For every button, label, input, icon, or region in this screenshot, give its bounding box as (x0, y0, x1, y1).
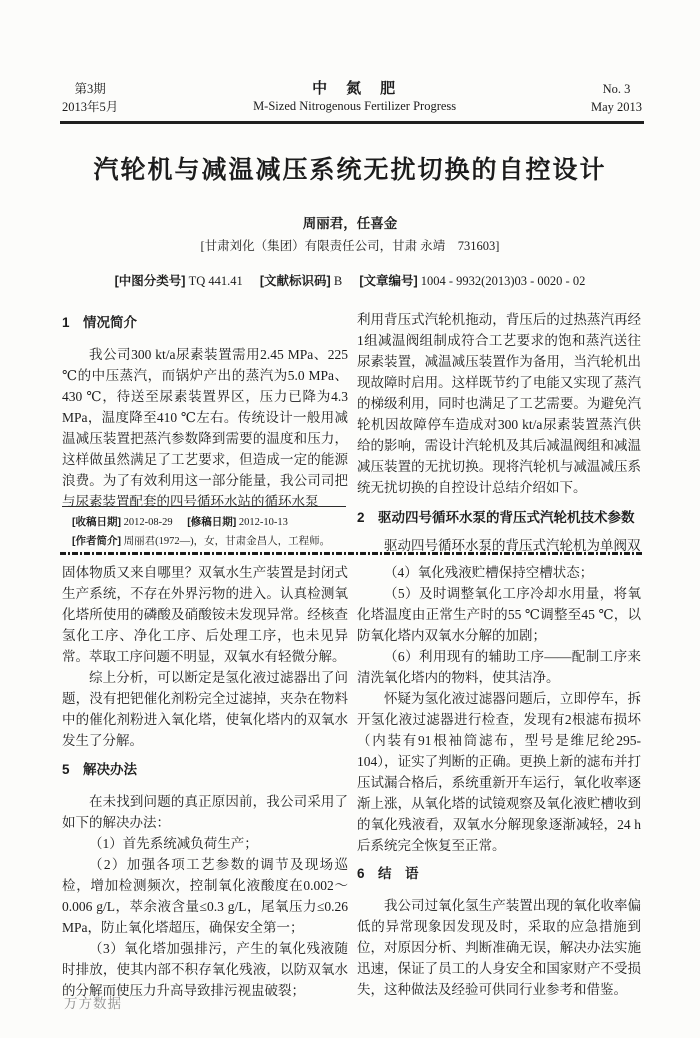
section-1-paragraph: 我公司300 kt/a尿素装置需用2.45 MPa、225 ℃的中压蒸汽，而锅炉… (62, 344, 348, 512)
issue-number-cn: 第3期 (62, 80, 118, 98)
wanfang-data-watermark: 万方数据 (64, 992, 122, 1012)
article-title: 汽轮机与减温减压系统无扰切换的自控设计 (0, 150, 700, 186)
conclusion-paragraph: 我公司过氧化氢生产装置出现的氧化收率偏低的异常现象因发现及时，采取的应急措施到位… (357, 895, 641, 1000)
footnote-bio-line: [作者简介] 周丽君(1972—)，女，甘肃金昌人，工程师。 (72, 532, 348, 551)
masthead-journal-name: 中 氮 肥 M-Sized Nitrogenous Fertilizer Pro… (253, 80, 456, 116)
solution-item-5: （5）及时调整氧化工序冷却水用量，将氧化塔温度由正常生产时的55 ℃调整至45 … (357, 583, 641, 646)
continued-paragraph-2: 综上分析，可以断定是氢化液过滤器出了问题，没有把钯催化剂粉完全过滤掉，夹杂在物料… (62, 667, 348, 751)
right-column-bottom: （4）氧化残液贮槽保持空槽状态； （5）及时调整氧化工序冷却水用量，将氧化塔温度… (357, 562, 641, 1000)
journal-masthead: 第3期 2013年5月 中 氮 肥 M-Sized Nitrogenous Fe… (62, 80, 642, 116)
masthead-issue-cn: 第3期 2013年5月 (62, 80, 118, 116)
issue-date-cn: 2013年5月 (62, 98, 118, 116)
footnote-block: [收稿日期] 2012-08-29 [修稿日期] 2012-10-13 [作者简… (72, 513, 348, 551)
section-1-paragraph-continued: 利用背压式汽轮机拖动，背压后的过热蒸汽再经1组减温阀组制成符合工艺要求的饱和蒸汽… (357, 309, 641, 498)
solution-item-4: （4）氧化残液贮槽保持空槽状态； (357, 562, 641, 583)
author-bio-value: 周丽君(1972—)，女，甘肃金昌人，工程师。 (124, 536, 331, 547)
section-1-heading: 1 情况简介 (62, 312, 348, 333)
doc-code-label: [文献标识码] (260, 274, 331, 288)
revised-date-value: 2012-10-13 (239, 517, 288, 528)
inspection-result-paragraph: 怀疑为氢化液过滤器问题后，立即停车，拆开氢化液过滤器进行检查，发现有2根滤布损坏… (357, 688, 641, 856)
article-authors: 周丽君，任喜金 (0, 212, 700, 232)
article-id-value: 1004 - 9932(2013)03 - 0020 - 02 (421, 274, 586, 288)
footnote-dates-line: [收稿日期] 2012-08-29 [修稿日期] 2012-10-13 (72, 513, 348, 532)
solution-item-6: （6）利用现有的辅助工序——配制工序来清洗氧化塔内的物料，使其洁净。 (357, 646, 641, 688)
section-2-heading: 2 驱动四号循环水泵的背压式汽轮机技术参数 (357, 507, 641, 528)
footnote-rule (62, 506, 346, 507)
issue-date-en: May 2013 (591, 98, 642, 116)
revised-date-label: [修稿日期] (187, 516, 236, 528)
left-column-bottom: 固体物质又来自哪里？双氧水生产装置是封闭式生产系统，不存在外界污物的进入。认真检… (62, 562, 348, 1001)
section-5-intro-paragraph: 在未找到问题的真正原因前，我公司采用了如下的解决办法： (62, 791, 348, 833)
masthead-rule (60, 121, 644, 124)
clc-value: TQ 441.41 (189, 274, 243, 288)
issue-number-en: No. 3 (591, 80, 642, 98)
section-5-heading: 5 解决办法 (62, 759, 348, 780)
continued-paragraph-1: 固体物质又来自哪里？双氧水生产装置是封闭式生产系统，不存在外界污物的进入。认真检… (62, 562, 348, 667)
journal-scan-page: 第3期 2013年5月 中 氮 肥 M-Sized Nitrogenous Fe… (0, 0, 700, 1038)
solution-item-1: （1）首先系统减负荷生产； (62, 833, 348, 854)
article-meta-line: [中图分类号] TQ 441.41 [文献标识码] B [文章编号] 1004 … (0, 271, 700, 289)
article-affiliation: [甘肃刘化（集团）有限责任公司，甘肃 永靖 731603] (0, 236, 700, 254)
received-date-value: 2012-08-29 (124, 517, 173, 528)
masthead-issue-en: No. 3 May 2013 (591, 80, 642, 116)
journal-name-en: M-Sized Nitrogenous Fertilizer Progress (253, 97, 456, 116)
received-date-label: [收稿日期] (72, 516, 121, 528)
left-column-top: 1 情况简介 我公司300 kt/a尿素装置需用2.45 MPa、225 ℃的中… (62, 312, 348, 512)
article-separator-dashed-rule (60, 552, 644, 555)
right-column-top: 利用背压式汽轮机拖动，背压后的过热蒸汽再经1组减温阀组制成符合工艺要求的饱和蒸汽… (357, 309, 641, 556)
clc-label: [中图分类号] (115, 274, 186, 288)
journal-name-cn: 中 氮 肥 (253, 80, 456, 97)
section-6-heading: 6 结 语 (357, 863, 641, 884)
author-bio-label: [作者简介] (72, 535, 121, 547)
doc-code-value: B (334, 274, 342, 288)
solution-item-2: （2）加强各项工艺参数的调节及现场巡检，增加检测频次，控制氧化液酸度在0.002… (62, 854, 348, 938)
article-id-label: [文章编号] (359, 274, 417, 288)
